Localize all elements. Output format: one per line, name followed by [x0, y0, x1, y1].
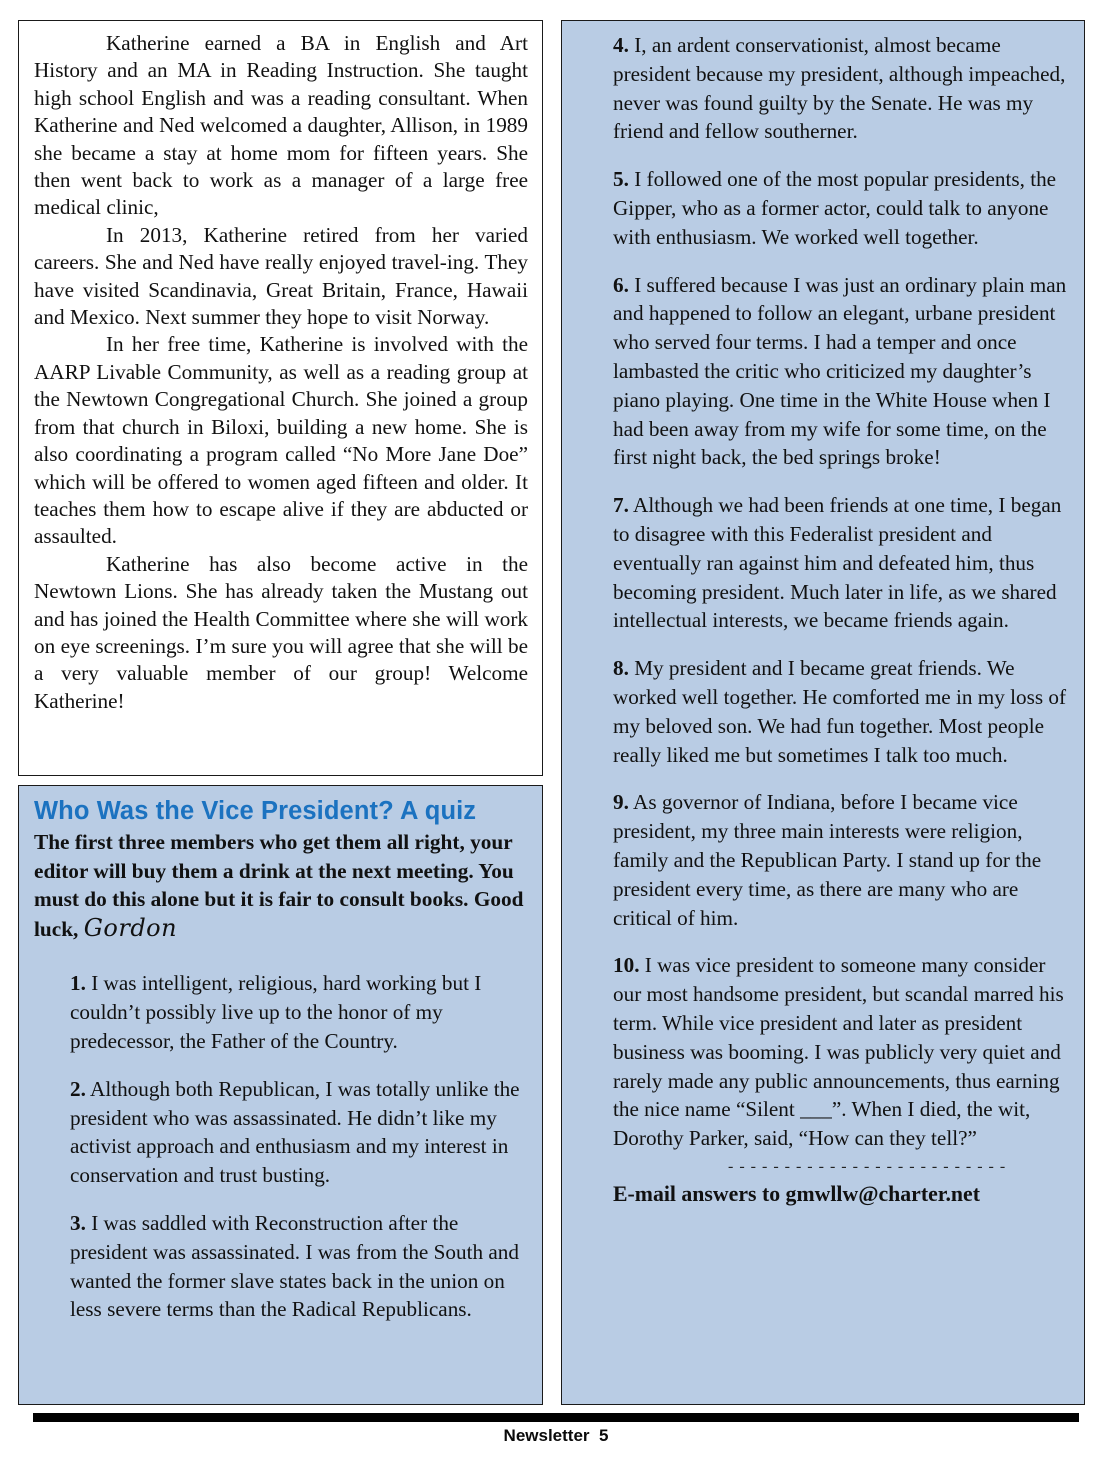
quiz-question-list-right: 4. I, an ardent conservationist, almost …	[613, 31, 1074, 1153]
quiz-question-3: 3. I was saddled with Reconstruction aft…	[70, 1209, 528, 1324]
question-number: 9.	[613, 790, 629, 814]
quiz-intro: The first three members who get them all…	[34, 828, 528, 943]
quiz-question-10: 10. I was vice president to someone many…	[613, 951, 1074, 1153]
bio-paragraph-4: Katherine has also become active in the …	[34, 551, 528, 715]
page-footer: Newsletter 5	[0, 1424, 1112, 1448]
question-number: 3.	[70, 1211, 86, 1235]
question-number: 6.	[613, 273, 629, 297]
quiz-question-4: 4. I, an ardent conservationist, almost …	[613, 31, 1074, 146]
question-number: 4.	[613, 33, 629, 57]
question-number: 1.	[70, 971, 86, 995]
question-text: I was saddled with Reconstruction after …	[70, 1211, 519, 1321]
question-text: Although both Republican, I was totally …	[70, 1077, 520, 1187]
dashed-divider: - - - - - - - - - - - - - - - - - - - - …	[728, 1160, 1074, 1174]
quiz-question-6: 6. I suffered because I was just an ordi…	[613, 271, 1074, 473]
quiz-question-9: 9. As governor of Indiana, before I beca…	[613, 788, 1074, 932]
quiz-question-8: 8. My president and I became great frien…	[613, 654, 1074, 769]
question-text: I suffered because I was just an ordinar…	[613, 273, 1066, 470]
question-number: 5.	[613, 167, 629, 191]
question-text: As governor of Indiana, before I became …	[613, 790, 1041, 929]
question-number: 10.	[613, 953, 639, 977]
question-number: 2.	[70, 1077, 86, 1101]
question-number: 7.	[613, 493, 629, 517]
quiz-box-left: Who Was the Vice President? A quiz The f…	[18, 785, 543, 1405]
bio-paragraph-1: Katherine earned a BA in English and Art…	[34, 30, 528, 222]
quiz-box-right: 4. I, an ardent conservationist, almost …	[561, 20, 1085, 1405]
quiz-question-7: 7. Although we had been friends at one t…	[613, 491, 1074, 635]
question-text: My president and I became great friends.…	[613, 656, 1066, 766]
question-text: I, an ardent conservationist, almost bec…	[613, 33, 1065, 143]
bio-paragraph-3: In her free time, Katherine is involved …	[34, 331, 528, 550]
quiz-question-5: 5. I followed one of the most popular pr…	[613, 165, 1074, 251]
quiz-question-1: 1. I was intelligent, religious, hard wo…	[70, 969, 528, 1055]
quiz-question-list-left: 1. I was intelligent, religious, hard wo…	[70, 969, 528, 1324]
email-answers-line: E-mail answers to gmwllw@charter.net	[613, 1180, 1074, 1208]
editor-signature: Gordon	[84, 914, 177, 942]
question-text: Although we had been friends at one time…	[613, 493, 1061, 632]
quiz-title: Who Was the Vice President? A quiz	[34, 796, 528, 826]
footer-rule	[33, 1413, 1079, 1422]
quiz-question-2: 2. Although both Republican, I was total…	[70, 1075, 528, 1190]
question-number: 8.	[613, 656, 629, 680]
question-text: I was intelligent, religious, hard worki…	[70, 971, 481, 1053]
question-text: I was vice president to someone many con…	[613, 953, 1064, 1150]
member-bio-box: Katherine earned a BA in English and Art…	[18, 20, 543, 776]
question-text: I followed one of the most popular presi…	[613, 167, 1056, 249]
bio-paragraph-2: In 2013, Katherine retired from her vari…	[34, 222, 528, 332]
